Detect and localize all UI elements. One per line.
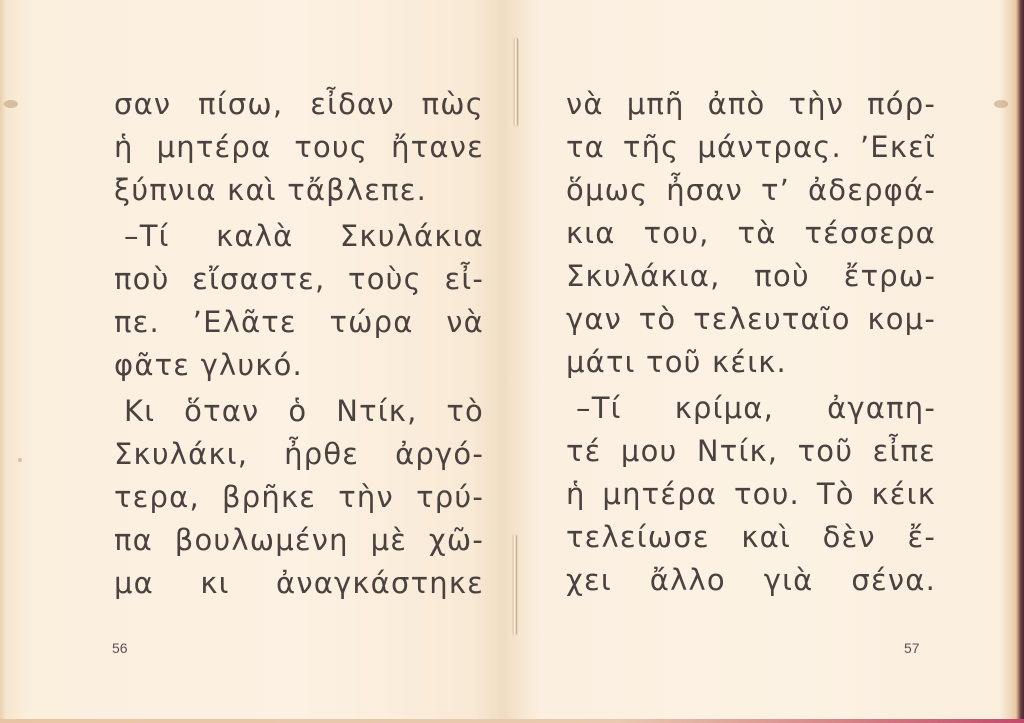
text-line: Σκυλάκι, ἦρθε ἀργό- bbox=[114, 433, 484, 476]
text-line: ἡ μητέρα τους ἤτανε bbox=[114, 126, 484, 169]
text-line: ἡ μητέρα του. Τὸ κέικ bbox=[566, 473, 936, 516]
text-line: Σκυλάκια, ποὺ ἔτρω- bbox=[566, 255, 936, 298]
text-line: ὅμως ἦσαν τ’ ἀδερφά- bbox=[566, 169, 936, 212]
text-line: γαν τὸ τελευταῖο κομ- bbox=[566, 298, 936, 341]
text-line: τέ μου Ντίκ, τοῦ εἶπε bbox=[566, 430, 936, 473]
text-line: –Τί καλὰ Σκυλάκια bbox=[114, 215, 484, 258]
right-page-text: νὰ μπῆ ἀπὸ τὴν πόρ- τα τῆς μάντρας. ’Εκε… bbox=[566, 83, 936, 602]
text-line: πε. ’Ελᾶτε τώρα νὰ bbox=[114, 301, 484, 344]
book-spread: σαν πίσω, εἶδαν πὼς ἡ μητέρα τους ἤτανε … bbox=[0, 0, 1024, 723]
text-line: νὰ μπῆ ἀπὸ τὴν πόρ- bbox=[566, 83, 936, 126]
text-line: κια του, τὰ τέσσερα bbox=[566, 212, 936, 255]
text-line: χει ἄλλο γιὰ σένα. bbox=[566, 559, 936, 602]
text-line: ποὺ εἴσαστε, τοὺς εἶ- bbox=[114, 258, 484, 301]
left-page-text: σαν πίσω, εἶδαν πὼς ἡ μητέρα τους ἤτανε … bbox=[114, 83, 484, 605]
text-line: σαν πίσω, εἶδαν πὼς bbox=[114, 83, 484, 126]
text-line: τα τῆς μάντρας. ’Εκεῖ bbox=[566, 126, 936, 169]
left-page: σαν πίσω, εἶδαν πὼς ἡ μητέρα τους ἤτανε … bbox=[0, 0, 514, 723]
text-line: –Τί κρίμα, ἀγαπη- bbox=[566, 387, 936, 430]
right-page: νὰ μπῆ ἀπὸ τὴν πόρ- τα τῆς μάντρας. ’Εκε… bbox=[514, 0, 1024, 723]
text-line: τερα, βρῆκε τὴν τρύ- bbox=[114, 476, 484, 519]
text-line: ξύπνια καὶ τἄβλεπε. bbox=[114, 169, 484, 212]
text-line: Κι ὅταν ὁ Ντίκ, τὸ bbox=[114, 390, 484, 433]
text-line: πα βουλωμένη μὲ χῶ- bbox=[114, 519, 484, 562]
binding-staple-top bbox=[514, 38, 518, 126]
text-line: φᾶτε γλυκό. bbox=[114, 344, 484, 387]
page-number-right: 57 bbox=[904, 640, 920, 656]
text-line: μα κι ἀναγκάστηκε bbox=[114, 562, 484, 605]
text-line: τελείωσε καὶ δὲν ἔ- bbox=[566, 516, 936, 559]
binding-staple-bottom bbox=[513, 535, 517, 635]
paper-stain bbox=[994, 100, 1008, 108]
paper-stain bbox=[18, 458, 22, 462]
page-number-left: 56 bbox=[112, 640, 128, 656]
text-line: μάτι τοῦ κέικ. bbox=[566, 341, 936, 384]
paper-stain bbox=[4, 100, 18, 108]
